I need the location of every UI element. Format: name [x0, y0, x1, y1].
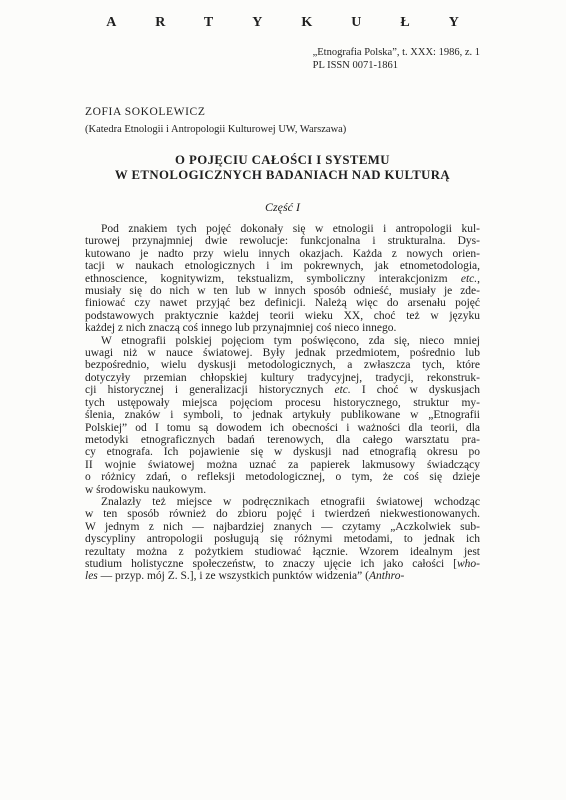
body-line: Pod znakiem tych pojęć dokonały się w et… [85, 223, 480, 235]
body-line: tacji w naukach etnologicznych i im pokr… [85, 260, 480, 272]
part-heading: Część I [85, 200, 480, 214]
body-line: ślenia, znaków i symboli, to jednak arty… [85, 409, 480, 421]
body-line: turowej przynajmniej dwie rewolucje: fun… [85, 235, 480, 247]
body-line: W jednym z nich — najbardziej znanych — … [85, 521, 480, 533]
body-line: II wojnie światowej można uznać za papie… [85, 459, 480, 471]
article-title: O POJĘCIU CAŁOŚCI I SYSTEMU W ETNOLOGICZ… [85, 153, 480, 183]
body-line: rezultaty można z pożytkiem studiować łą… [85, 546, 480, 558]
journal-citation: „Etnografia Polska”, t. XXX: 1986, z. 1 [313, 46, 480, 59]
body-line: w środowisku naukowym. [85, 484, 480, 496]
author-name: ZOFIA SOKOLEWICZ [85, 105, 480, 119]
body-line: uwagi niż w nauce światowej. Były jednak… [85, 347, 480, 359]
article-body: Pod znakiem tych pojęć dokonały się w et… [85, 223, 480, 583]
article-title-line-2: W ETNOLOGICZNYCH BADANIACH NAD KULTURĄ [115, 168, 450, 182]
body-line: les — przyp. mój Z. S.], i ze wszystkich… [85, 570, 480, 582]
body-line: W etnografii polskiej pojęciom tym poświ… [85, 335, 480, 347]
body-line: cji historycznej i generalizacji history… [85, 384, 480, 396]
issn-line: PL ISSN 0071-1861 [313, 59, 480, 72]
body-line: bezpośrednio, wielu dyskusji metodologic… [85, 359, 480, 371]
document-page: ARTYKUŁY „Etnografia Polska”, t. XXX: 19… [0, 0, 566, 800]
body-line: cy etnografa. Ich pojawienie się w dysku… [85, 446, 480, 458]
author-affiliation: (Katedra Etnologii i Antropologii Kultur… [85, 123, 480, 136]
paragraph: Znalazły też miejsce w podręcznikach etn… [85, 496, 480, 583]
body-line: podstawowych praktycznie każdej teorii w… [85, 310, 480, 322]
body-line: Znalazły też miejsce w podręcznikach etn… [85, 496, 480, 508]
body-line: musiały się do nich w ten lub w innych s… [85, 285, 480, 297]
body-line: finiować czy nawet przyjąć bez definicji… [85, 297, 480, 309]
body-line: Polskiej” od I tomu są dowodem ich obecn… [85, 422, 480, 434]
journal-reference: „Etnografia Polska”, t. XXX: 1986, z. 1 … [313, 46, 480, 72]
body-line: dotyczyły przemian chłopskiej kultury tr… [85, 372, 480, 384]
body-line: dyscypliny antropologii posługują się ró… [85, 533, 480, 545]
paragraph: W etnografii polskiej pojęciom tym poświ… [85, 335, 480, 496]
body-line: w ten sposób również do zbioru pojęć i t… [85, 508, 480, 520]
body-line: ethnoscience, kognitywizm, tekstualizm, … [85, 273, 480, 285]
section-title: ARTYKUŁY [106, 15, 498, 30]
paragraph: Pod znakiem tych pojęć dokonały się w et… [85, 223, 480, 335]
body-line: tych ustępowały miejsca pojęciom procesu… [85, 397, 480, 409]
running-head: ARTYKUŁY [85, 14, 480, 29]
body-line: o różnicy zdań, o refleksji metodologicz… [85, 471, 480, 483]
body-line: kutowano je nadto przy wielu innych okaz… [85, 248, 480, 260]
body-line: metodyki etnograficznych badań terenowyc… [85, 434, 480, 446]
body-line: studium holistyczne społeczeństw, to zna… [85, 558, 480, 570]
article-title-line-1: O POJĘCIU CAŁOŚCI I SYSTEMU [175, 153, 390, 167]
body-line: każdej z nich znaczą coś innego lub przy… [85, 322, 480, 334]
